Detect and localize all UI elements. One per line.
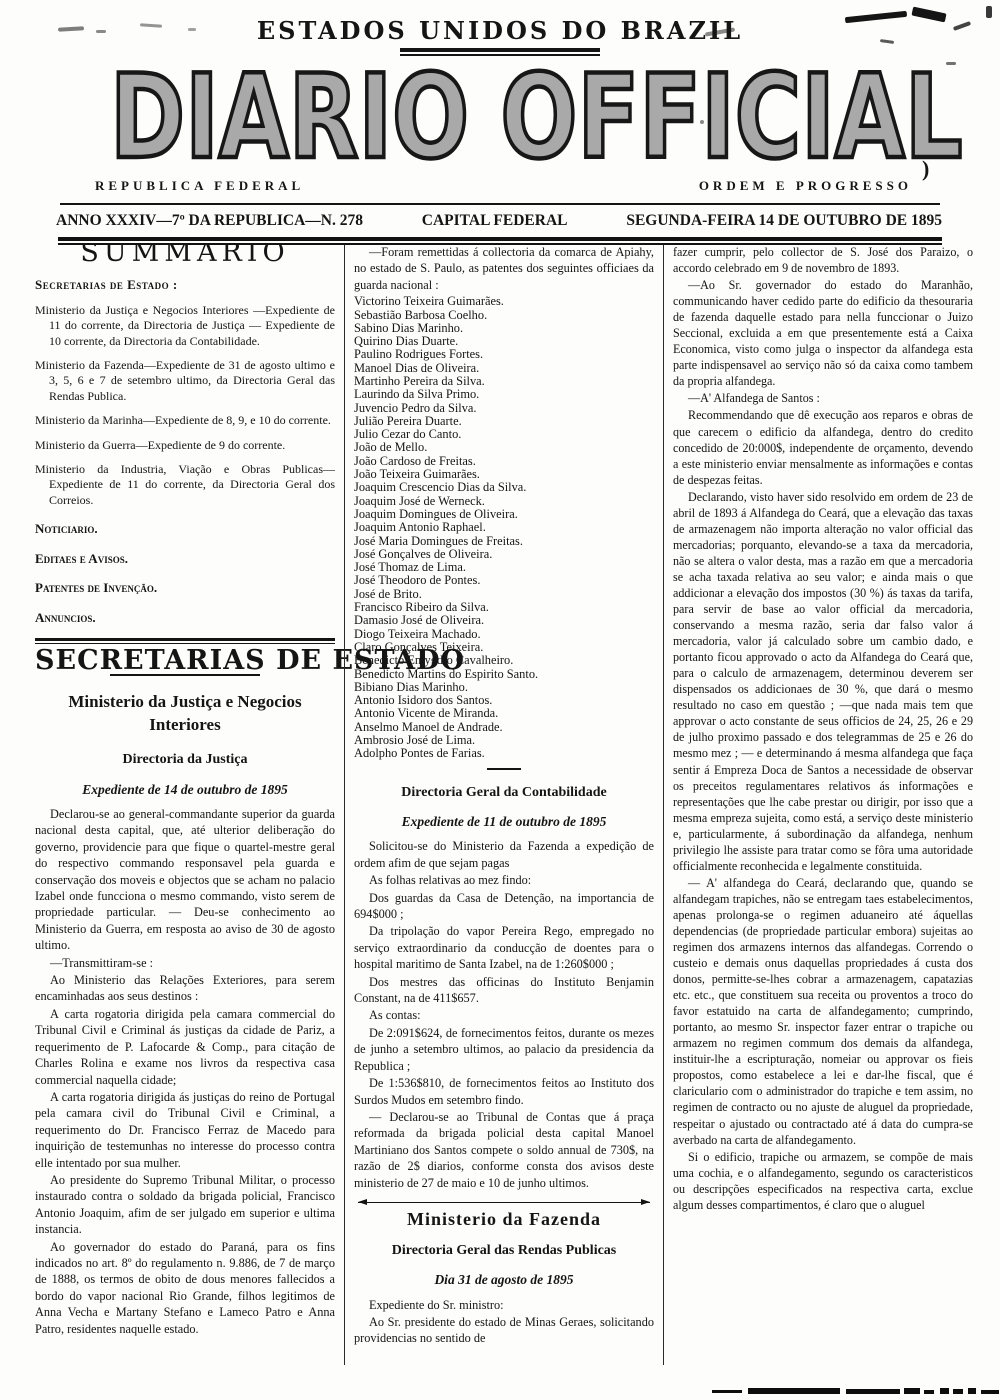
scan-artifact-bar [953, 1389, 963, 1394]
summario-entry-list: Ministerio da Justiça e Negocios Interio… [35, 303, 335, 508]
guard-name: Joaquim Crescencio Dias da Silva. [354, 481, 654, 494]
guard-name: José Thomaz de Lima. [354, 561, 654, 574]
paragraph: As contas: [354, 1007, 654, 1023]
guard-name-list: Victorino Teixeira Guimarães.Sebastião B… [354, 295, 654, 760]
scan-artifact-bar [846, 1389, 900, 1394]
summario-entry-simple: Noticiario. [35, 521, 335, 537]
guard-name: João Teixeira Guimarães. [354, 468, 654, 481]
scan-artifact-bar [904, 1388, 920, 1394]
continuation-paragraph: fazer cumprir, pelo collector de S. José… [673, 244, 973, 276]
paragraph: Ao presidente do Supremo Tribunal Milita… [35, 1172, 335, 1238]
summario-entry-simple: Annuncios. [35, 610, 335, 626]
guard-name: Juvencio Pedro da Silva. [354, 402, 654, 415]
paragraph: — Declarou-se ao Tribunal de Contas que … [354, 1109, 654, 1191]
guard-name: Benedicto Martins do Espirito Santo. [354, 668, 654, 681]
column-3: fazer cumprir, pelo collector de S. José… [673, 243, 973, 1365]
guard-name: José de Brito. [354, 588, 654, 601]
column-separator [663, 245, 664, 1365]
summario-entry: Ministerio da Guerra—Expediente de 9 do … [35, 438, 335, 453]
guard-name: Anselmo Manoel de Andrade. [354, 721, 654, 734]
summario-entry: Ministerio da Marinha—Expediente de 8, 9… [35, 413, 335, 428]
summario-entry: Ministerio da Industria, Viação e Obras … [35, 462, 335, 508]
guard-names-intro: —Foram remettidas á collectoria da comar… [354, 244, 654, 293]
paragraph: A carta rogatoria dirigida ás justiças d… [35, 1089, 335, 1171]
guard-name: Joaquim José de Werneck. [354, 495, 654, 508]
paragraph: —Transmittiram-se : [35, 955, 335, 971]
paragraph: As folhas relativas ao mez findo: [354, 872, 654, 888]
guard-name: Claro Gonçalves Teixeira. [354, 641, 654, 654]
guard-name: Julio Cezar do Canto. [354, 428, 654, 441]
scan-artifact-bar [968, 1388, 976, 1394]
guard-name: Manoel Dias de Oliveira. [354, 362, 654, 375]
guard-name: Bibiano Dias Marinho. [354, 681, 654, 694]
section-divider-rule [35, 638, 335, 644]
guard-name: Damasio José de Oliveira. [354, 614, 654, 627]
paragraph: Da tripolação do vapor Pereira Rego, emp… [354, 923, 654, 972]
guard-name: Joaquim Antonio Raphael. [354, 521, 654, 534]
dateline-anno: ANNO XXXIV—7º DA REPUBLICA—N. 278 [56, 212, 363, 230]
expediente-heading-justica: Expediente de 14 de outubro de 1895 [35, 782, 335, 798]
column-1: SUMMARIO Secretarias de Estado : Ministe… [35, 243, 335, 1365]
scan-artifact-bar [712, 1390, 742, 1393]
guard-name: Quirino Dias Duarte. [354, 335, 654, 348]
summario-simple-list: Noticiario.Editaes e Avisos.Patentes de … [35, 521, 335, 626]
scan-artifact-bar [940, 1388, 949, 1394]
expediente-heading-contabilidade: Expediente de 11 de outubro de 1895 [354, 814, 654, 830]
guard-name: Benedicto Emygdio Cavalheiro. [354, 654, 654, 667]
guard-name: José Gonçalves de Oliveira. [354, 548, 654, 561]
dateline-capital: CAPITAL FEDERAL [422, 212, 568, 230]
dateline: ANNO XXXIV—7º DA REPUBLICA—N. 278 CAPITA… [0, 212, 1000, 230]
guard-name: João de Mello. [354, 441, 654, 454]
col2-paragraphs: Solicitou-se do Ministerio da Fazenda a … [354, 838, 654, 1191]
paragraph: — A' alfandega do Ceará, declarando que,… [673, 875, 973, 1148]
paragraph: —A' Alfandega de Santos : [673, 390, 973, 406]
guard-name: João Cardoso de Freitas. [354, 455, 654, 468]
ministry-heading-justica: Ministerio da Justiça e Negocios Interio… [35, 691, 335, 737]
guard-name: Joaquim Domingues de Oliveira. [354, 508, 654, 521]
col1-paragraphs: Declarou-se ao general-commandante super… [35, 806, 335, 1337]
guard-name: José Maria Domingues de Freitas. [354, 535, 654, 548]
paragraph: Ao governador do estado do Paraná, para … [35, 1239, 335, 1337]
guard-name: Ambrosio José de Lima. [354, 734, 654, 747]
guard-name: Julião Pereira Duarte. [354, 415, 654, 428]
guard-name: Francisco Ribeiro da Silva. [354, 601, 654, 614]
ink-smudge [986, 6, 992, 18]
guard-name: Antonio Vicente de Miranda. [354, 707, 654, 720]
paragraph: —Ao Sr. governador do estado do Maranhão… [673, 277, 973, 389]
newspaper-page: ) ESTADOS UNIDOS DO BRAZIL DIARIO OFFICI… [0, 0, 1000, 1400]
scan-artifact-bar [748, 1388, 840, 1394]
paragraph: De 2:091$624, de fornecimentos feitos, d… [354, 1025, 654, 1074]
summario-entry: Ministerio da Justiça e Negocios Interio… [35, 303, 335, 349]
paragraph: Si o edificio, trapiche ou armazem, se c… [673, 1149, 973, 1213]
scan-artifact-bar [981, 1390, 999, 1394]
summario-entry-simple: Editaes e Avisos. [35, 551, 335, 567]
dia-heading: Dia 31 de agosto de 1895 [354, 1272, 654, 1288]
guard-name: Diogo Teixeira Machado. [354, 628, 654, 641]
paragraph: De 1:536$810, de fornecimentos feitos ao… [354, 1075, 654, 1108]
arrow-divider [358, 1202, 650, 1204]
header-rule [60, 203, 940, 205]
section-heading-secretarias: SECRETARIAS DE ESTADO [35, 653, 335, 669]
summario-entry-simple: Patentes de Invenção. [35, 580, 335, 596]
expediente-ministro-line: Expediente do Sr. ministro: [354, 1297, 654, 1313]
masthead-title: DIARIO OFFICIAL [110, 60, 890, 172]
page-columns: SUMMARIO Secretarias de Estado : Ministe… [35, 243, 975, 1365]
summario-title: SUMMARIO [35, 245, 335, 261]
guard-name: Antonio Isidoro dos Santos. [354, 694, 654, 707]
paragraph: Declarando, visto haver sido resolvido e… [673, 489, 973, 874]
ink-smudge [188, 28, 196, 31]
guard-name: Victorino Teixeira Guimarães. [354, 295, 654, 308]
column-separator [344, 245, 345, 1365]
paragraph: A carta rogatoria dirigida pela camara c… [35, 1006, 335, 1088]
paragraph: Recommendando que dê execução aos reparo… [673, 407, 973, 487]
guard-name: Adolpho Pontes de Farias. [354, 747, 654, 760]
col3-paragraphs: —Ao Sr. governador do estado do Maranhão… [673, 277, 973, 1213]
summario-section-label: Secretarias de Estado : [35, 277, 335, 293]
directorate-heading-contabilidade: Directoria Geral da Contabilidade [354, 785, 654, 801]
ink-smudge [96, 30, 106, 33]
directorate-heading-rendas: Directoria Geral das Rendas Publicas [354, 1243, 654, 1259]
guard-name: José Theodoro de Pontes. [354, 574, 654, 587]
guard-name: Laurindo da Silva Primo. [354, 388, 654, 401]
paragraph: Ao Sr. presidente do estado de Minas Ger… [354, 1314, 654, 1347]
column-2: —Foram remettidas á collectoria da comar… [354, 243, 654, 1365]
guard-name: Sabino Dias Marinho. [354, 322, 654, 335]
summario-entry: Ministerio da Fazenda—Expediente de 31 d… [35, 358, 335, 404]
scan-artifact-bar [924, 1390, 934, 1394]
paragraph: Dos mestres das officinas do Instituto B… [354, 974, 654, 1007]
directorate-heading-justica: Directoria da Justiça [35, 752, 335, 768]
dateline-date: SEGUNDA-FEIRA 14 DE OUTUBRO DE 1895 [626, 212, 942, 230]
guard-name: Martinho Pereira da Silva. [354, 375, 654, 388]
paragraph: Dos guardas da Casa de Detenção, na impo… [354, 890, 654, 923]
paragraph: Ao Ministerio das Relações Exteriores, p… [35, 972, 335, 1005]
paragraph: Solicitou-se do Ministerio da Fazenda a … [354, 838, 654, 871]
ministry-heading-fazenda: Ministerio da Fazenda [354, 1211, 654, 1227]
paragraph: Declarou-se ao general-commandante super… [35, 806, 335, 954]
guard-name: Sebastião Barbosa Coelho. [354, 309, 654, 322]
minor-divider [487, 768, 521, 770]
guard-name: Paulino Rodrigues Fortes. [354, 348, 654, 361]
